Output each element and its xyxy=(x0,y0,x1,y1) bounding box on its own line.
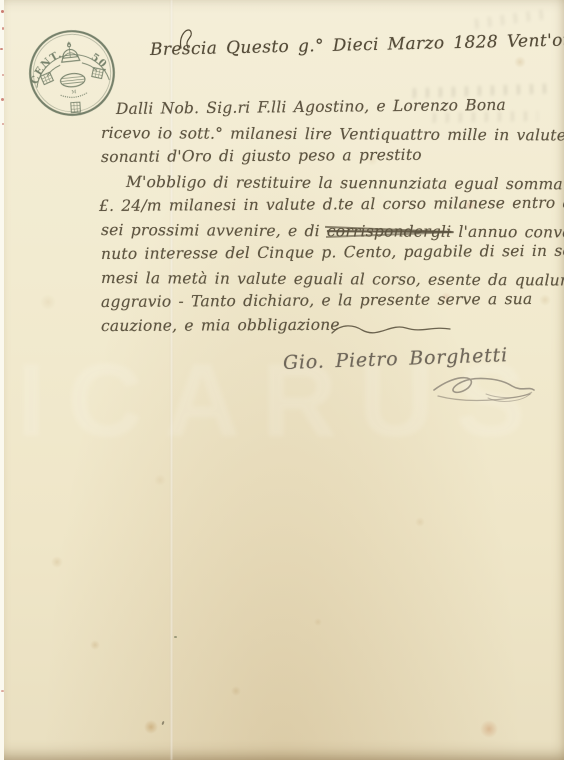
stamp-monogram: M xyxy=(71,89,77,95)
body-line: nuto interesse del Cinque p. Cento, paga… xyxy=(101,242,564,263)
scanned-manuscript-page: ICARUS M xyxy=(0,0,564,760)
body-text: sei prossimi avvenire, e di xyxy=(101,221,327,240)
ink-speck xyxy=(161,721,164,725)
rust-speck xyxy=(1,98,4,101)
body-line: sonanti d'Oro di giusto peso a prestito xyxy=(101,146,422,166)
rust-speck xyxy=(1,690,4,692)
rust-speck xyxy=(2,123,4,125)
ink-speck xyxy=(174,636,177,638)
revenue-stamp: M CENT. 50. xyxy=(17,18,127,128)
closing-flourish xyxy=(328,320,458,340)
stamp-shield-stripes xyxy=(61,76,85,84)
dateline: Brescia Questo g.° Dieci Marzo 1828 Vent… xyxy=(150,30,564,60)
rust-speck xyxy=(1,10,4,13)
body-line: mesi la metà in valute eguali al corso, … xyxy=(101,269,564,290)
body-line: M'obbligo di restituire la suennunziata … xyxy=(126,173,564,193)
struck-word: corrispondergli xyxy=(327,222,451,241)
body-line: cauzione, e mia obbligazione xyxy=(101,316,340,335)
body-line: aggravio - Tanto dichiaro, e la presente… xyxy=(101,290,532,311)
body-line: ricevo io sott.° milanesi lire Ventiquat… xyxy=(101,124,564,144)
rust-speck xyxy=(2,27,4,30)
rust-speck xyxy=(2,74,4,76)
body-line: £. 24/m milanesi in valute d.te al corso… xyxy=(99,194,564,215)
body-line-with-correction: sei prossimi avvenire, e di corrisponder… xyxy=(101,221,564,241)
scan-edge xyxy=(0,0,4,760)
signature-flourish xyxy=(428,370,540,406)
body-text: l'annuo conve- xyxy=(451,223,564,242)
rust-speck xyxy=(0,48,3,50)
bleed-through-mark xyxy=(470,8,551,29)
